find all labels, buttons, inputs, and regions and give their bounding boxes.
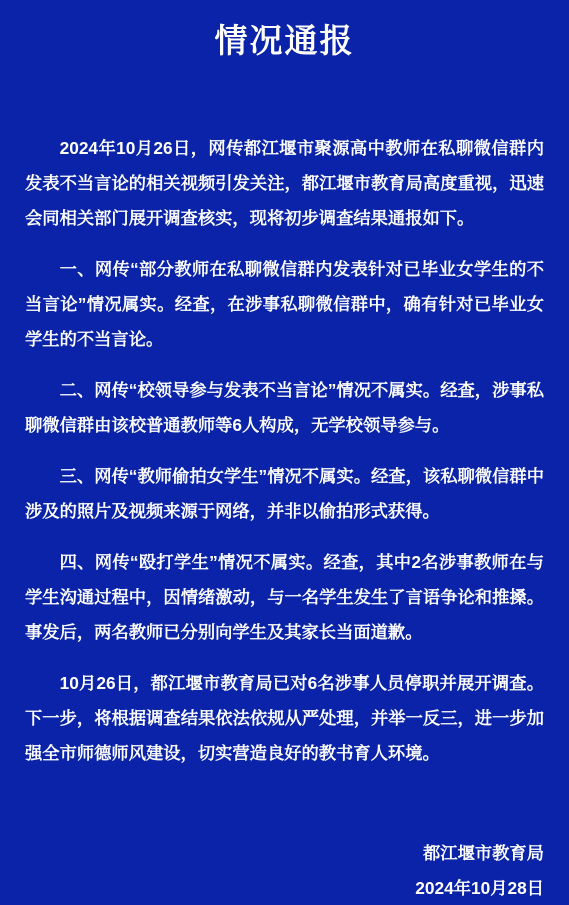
issue-date: 2024年10月28日 — [25, 871, 544, 905]
notice-body: 2024年10月26日，网传都江堰市聚源高中教师在私聊微信群内发表不当言论的相关… — [0, 131, 569, 771]
notice-footer: 都江堰市教育局 2024年10月28日 — [0, 836, 569, 905]
notice-paragraph-intro: 2024年10月26日，网传都江堰市聚源高中教师在私聊微信群内发表不当言论的相关… — [25, 131, 544, 236]
notice-paragraph-item-1: 一、网传“部分教师在私聊微信群内发表针对已毕业女学生的不当言论”情况属实。经查，… — [25, 252, 544, 357]
notice-page: 情况通报 2024年10月26日，网传都江堰市聚源高中教师在私聊微信群内发表不当… — [0, 0, 569, 905]
issuer-name: 都江堰市教育局 — [25, 836, 544, 871]
notice-paragraph-item-4: 四、网传“殴打学生”情况不属实。经查，其中2名涉事教师在与学生沟通过程中，因情绪… — [25, 545, 544, 650]
notice-title: 情况通报 — [0, 0, 569, 60]
notice-paragraph-conclusion: 10月26日，都江堰市教育局已对6名涉事人员停职并展开调查。下一步，将根据调查结… — [25, 666, 544, 771]
notice-paragraph-item-3: 三、网传“教师偷拍女学生”情况不属实。经查，该私聊微信群中涉及的照片及视频来源于… — [25, 459, 544, 529]
notice-paragraph-item-2: 二、网传“校领导参与发表不当言论”情况不属实。经查，涉事私聊微信群由该校普通教师… — [25, 373, 544, 443]
